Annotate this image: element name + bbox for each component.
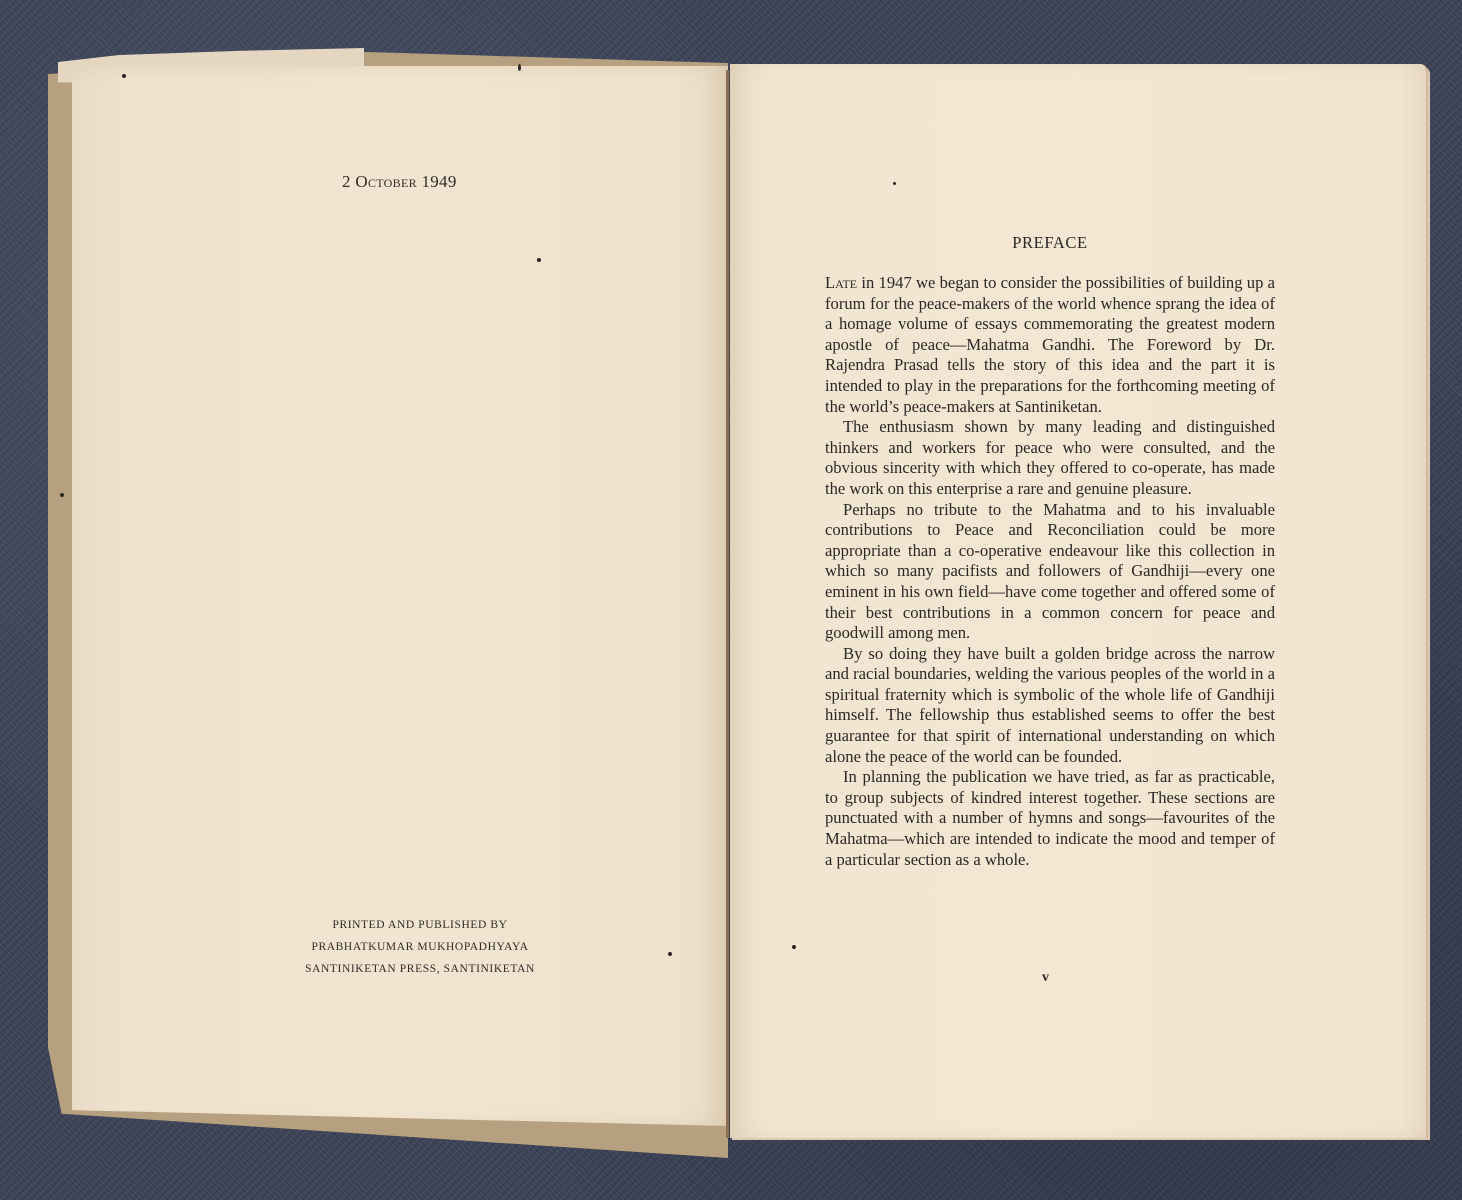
preface-body: Late in 1947 we began to consider the po…: [825, 273, 1275, 870]
paper-speck: [518, 64, 521, 71]
preface-paragraph: The enthusiasm shown by many leading and…: [825, 417, 1275, 499]
lead-word: Late: [825, 273, 857, 292]
dedication-date: 2 October 1949: [342, 172, 457, 192]
imprint-line: Printed and Published by: [270, 914, 570, 936]
imprint-line: Santiniketan Press, Santiniketan: [270, 958, 570, 980]
date-month: October: [355, 172, 417, 191]
paragraph-text: in 1947 we began to consider the possibi…: [825, 273, 1275, 416]
paper-speck: [537, 258, 541, 262]
preface-heading: PREFACE: [825, 233, 1275, 253]
paper-speck: [668, 952, 672, 956]
paper-speck: [792, 945, 796, 949]
book-gutter: [726, 70, 729, 1138]
preface-paragraph: Perhaps no tribute to the Mahatma and to…: [825, 500, 1275, 644]
preface-paragraph: In planning the publication we have trie…: [825, 767, 1275, 870]
paper-speck: [60, 493, 64, 497]
paper-speck: [893, 182, 896, 185]
date-year: 1949: [421, 172, 456, 191]
publisher-imprint: Printed and Published by Prabhatkumar Mu…: [270, 914, 570, 980]
preface-paragraph: By so doing they have built a golden bri…: [825, 644, 1275, 768]
imprint-line: Prabhatkumar Mukhopadhyaya: [270, 936, 570, 958]
paper-speck: [122, 74, 126, 78]
date-day: 2: [342, 172, 351, 191]
page-number: v: [1042, 970, 1049, 986]
preface-paragraph: Late in 1947 we began to consider the po…: [825, 273, 1275, 417]
